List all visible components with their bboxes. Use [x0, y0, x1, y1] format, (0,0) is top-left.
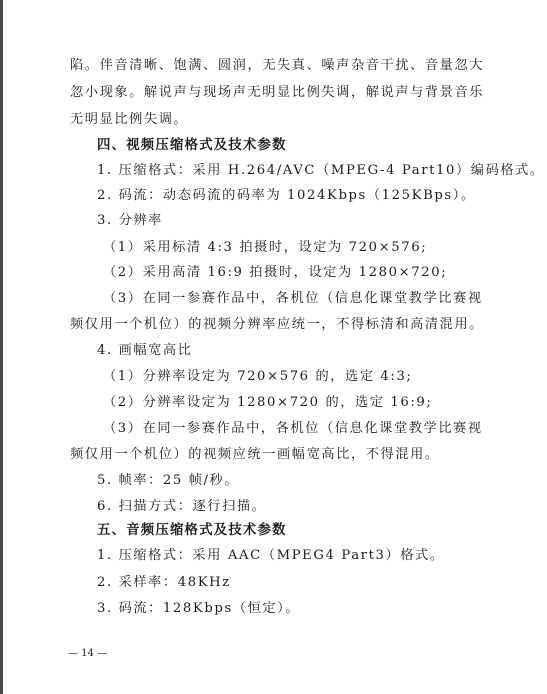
list-item: 6. 扫描方式：逐行扫描。 — [97, 498, 266, 516]
paragraph-line: 陷。伴音清晰、饱满、圆润，无失真、噪声杂音干扰、音量忽大 — [70, 57, 484, 75]
sub-list-item: （2）采用高清 16:9 拍摄时，设定为 1280×720; — [103, 264, 447, 282]
section-heading-video: 四、视频压缩格式及技术参数 — [97, 137, 287, 155]
list-item: 4. 画幅宽高比 — [97, 342, 193, 360]
paragraph-line: 无明显比例失调。 — [70, 111, 188, 129]
list-item: 1. 压缩格式：采用 AAC（MPEG4 Part3）格式。 — [97, 547, 445, 565]
paragraph-line: 忽小现象。解说声与现场声无明显比例失调，解说声与背景音乐 — [70, 84, 484, 102]
sub-list-item: （3）在同一参赛作品中，各机位（信息化课堂教学比赛视 — [103, 420, 483, 438]
document-page: 陷。伴音清晰、饱满、圆润，无失真、噪声杂音干扰、音量忽大 忽小现象。解说声与现场… — [0, 0, 547, 694]
paragraph-line: 频仅用一个机位）的视频应统一画幅宽高比，不得混用。 — [70, 446, 440, 464]
list-item: 5. 帧率：25 帧/秒。 — [97, 472, 239, 490]
sub-list-item: （3）在同一参赛作品中，各机位（信息化课堂教学比赛视 — [103, 290, 483, 308]
page-number: — 14 — — [68, 648, 107, 659]
list-item: 2. 采样率：48KHz — [97, 574, 231, 592]
section-heading-audio: 五、音频压缩格式及技术参数 — [97, 522, 287, 540]
sub-list-item: （2）分辨率设定为 1280×720 的，选定 16:9; — [103, 394, 432, 412]
sub-list-item: （1）采用标清 4:3 拍摄时，设定为 720×576; — [103, 239, 427, 257]
list-item: 1. 压缩格式：采用 H.264/AVC（MPEG-4 Part10）编码格式。 — [97, 162, 545, 180]
list-item: 3. 分辨率 — [97, 212, 163, 230]
list-item: 2. 码流：动态码流的码率为 1024Kbps（125KBps）。 — [97, 187, 476, 205]
paragraph-line: 频仅用一个机位）的视频分辨率应统一，不得标清和高清混用。 — [70, 316, 484, 334]
sub-list-item: （1）分辨率设定为 720×576 的，选定 4:3; — [103, 368, 412, 386]
list-item: 3. 码流：128Kbps（恒定）。 — [97, 600, 300, 618]
